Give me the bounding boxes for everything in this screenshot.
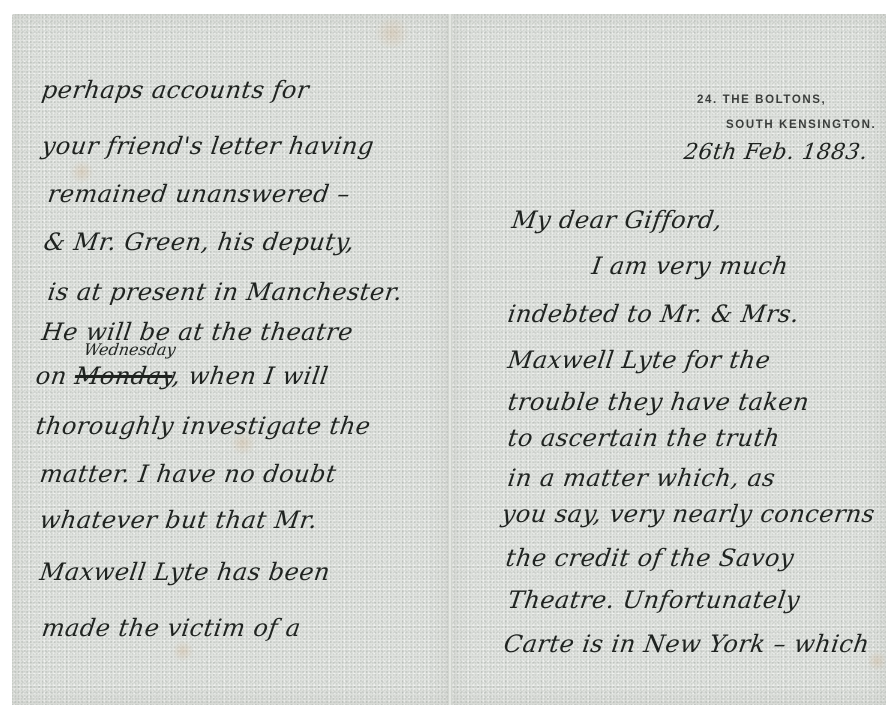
foxing-stain <box>868 650 886 672</box>
handwritten-line-with-strikethrough: on Monday, when I will <box>34 362 330 390</box>
handwritten-line: Carte is in New York – which <box>502 630 871 658</box>
handwritten-line: trouble they have taken <box>506 388 811 416</box>
handwritten-line: whatever but that Mr. <box>38 506 319 534</box>
foxing-stain <box>172 640 194 662</box>
left-page <box>12 14 449 705</box>
handwritten-line: in a matter which, as <box>506 464 777 492</box>
handwritten-line: you say, very nearly concerns <box>500 500 877 528</box>
handwritten-line: is at present in Manchester. <box>46 278 404 306</box>
line-remainder: , when I will <box>171 362 331 390</box>
handwritten-line: & Mr. Green, his deputy, <box>42 228 356 256</box>
handwritten-line: I am very much <box>590 252 790 280</box>
handwritten-line: perhaps accounts for <box>40 76 311 104</box>
handwritten-line: indebted to Mr. & Mrs. <box>506 300 801 328</box>
foxing-stain <box>372 18 412 48</box>
handwritten-line: to ascertain the truth <box>506 424 782 452</box>
handwritten-line: Maxwell Lyte for the <box>506 346 772 374</box>
handwritten-line: your friend's letter having <box>40 132 376 160</box>
handwritten-line: Maxwell Lyte has been <box>38 558 332 586</box>
salutation: My dear Gifford, <box>510 206 724 234</box>
letterhead-address-line1: 24. THE BOLTONS, <box>697 94 826 106</box>
letterhead-address-line2: SOUTH KENSINGTON. <box>726 119 876 131</box>
word-on: on <box>34 362 77 390</box>
insertion-above-line: Wednesday <box>83 340 177 359</box>
struck-word: Monday <box>73 362 174 390</box>
handwritten-line: matter. I have no doubt <box>38 460 338 488</box>
handwritten-line: the credit of the Savoy <box>504 544 796 572</box>
handwritten-line: made the victim of a <box>40 614 303 642</box>
handwritten-line: thoroughly investigate the <box>34 412 373 440</box>
page-fold <box>448 14 452 705</box>
handwritten-line: remained unanswered – <box>46 180 352 208</box>
letter-date: 26th Feb. 1883. <box>682 140 869 165</box>
handwritten-line: Theatre. Unfortunately <box>506 586 802 614</box>
